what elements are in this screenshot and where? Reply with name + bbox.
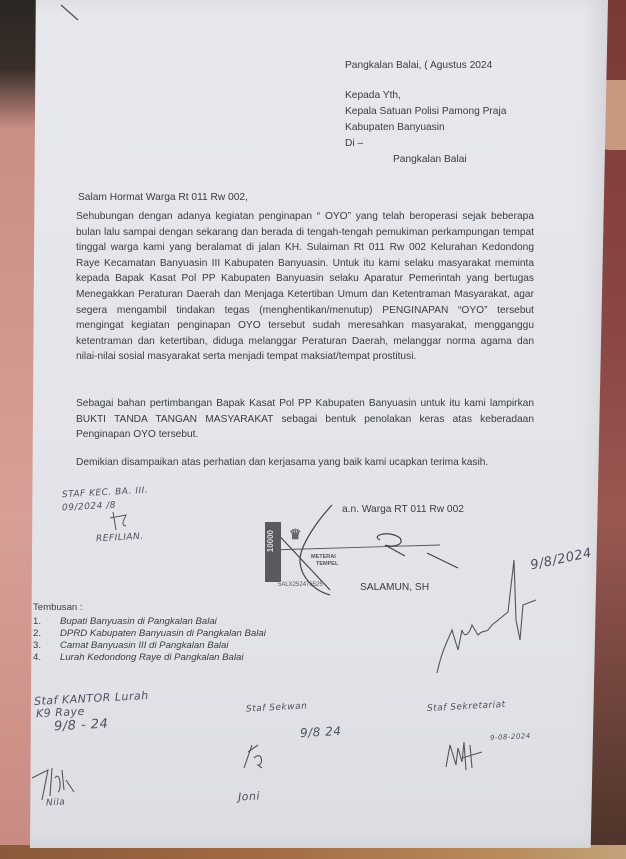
recipient-line: Pangkalan Balai [345, 152, 575, 168]
tembusan-item: 4.Lurah Kedondong Raye di Pangkalan Bala… [33, 652, 266, 664]
recipient-line: Kepala Satuan Polisi Pamong Praja [345, 104, 575, 120]
stamp-label: TEMPEL [316, 561, 338, 567]
handwritten-lurah-name: Nila [46, 798, 66, 809]
letter-header: Pangkalan Balai, ( Agustus 2024 Kepada Y… [345, 58, 575, 168]
stamp-value: 10000 [266, 530, 275, 552]
garuda-emblem-icon: ♛ [289, 526, 302, 543]
tembusan-label: Tembusan : [33, 602, 266, 614]
stamp-serial: 5ALX252476525 [278, 582, 323, 588]
recipient-line: Di – [345, 136, 575, 152]
tembusan-item: 3.Camat Banyuasin III di Pangkalan Balai [33, 640, 266, 652]
stamp-label: METERAI [311, 554, 336, 560]
tembusan-list: 1.Bupati Banyuasin di Pangkalan Balai 2.… [33, 616, 266, 664]
recipient-greeting: Kepada Yth, [345, 88, 575, 104]
handwritten-lurah-date: 9/8 - 24 [54, 717, 109, 735]
body-paragraph: Sehubungan dengan adanya kegiatan pengin… [76, 209, 534, 365]
handwritten-sekwan-date: 9/8 24 [300, 724, 342, 740]
closing-paragraph: Demikian disampaikan atas perhatian dan … [76, 455, 534, 471]
salutation: Salam Hormat Warga Rt 011 Rw 002, [78, 190, 248, 206]
meterai-stamp: 10000 ♛ METERAI TEMPEL 5ALX252476525 [265, 522, 345, 594]
signature-on-behalf: a.n. Warga RT 011 Rw 002 [342, 502, 464, 518]
recipient-line: Kabupaten Banyuasin [345, 120, 575, 136]
tembusan-section: Tembusan : 1.Bupati Banyuasin di Pangkal… [33, 602, 266, 664]
signer-name: SALAMUN, SH [360, 580, 429, 596]
tembusan-item: 2.DPRD Kabupaten Banyuasin di Pangkalan … [33, 628, 266, 640]
place-date: Pangkalan Balai, ( Agustus 2024 [345, 58, 575, 74]
body-paragraph: Sebagai bahan pertimbangan Bapak Kasat P… [76, 396, 534, 443]
handwritten-sekwan-name: Joni [238, 789, 261, 803]
tembusan-item: 1.Bupati Banyuasin di Pangkalan Balai [33, 616, 266, 628]
